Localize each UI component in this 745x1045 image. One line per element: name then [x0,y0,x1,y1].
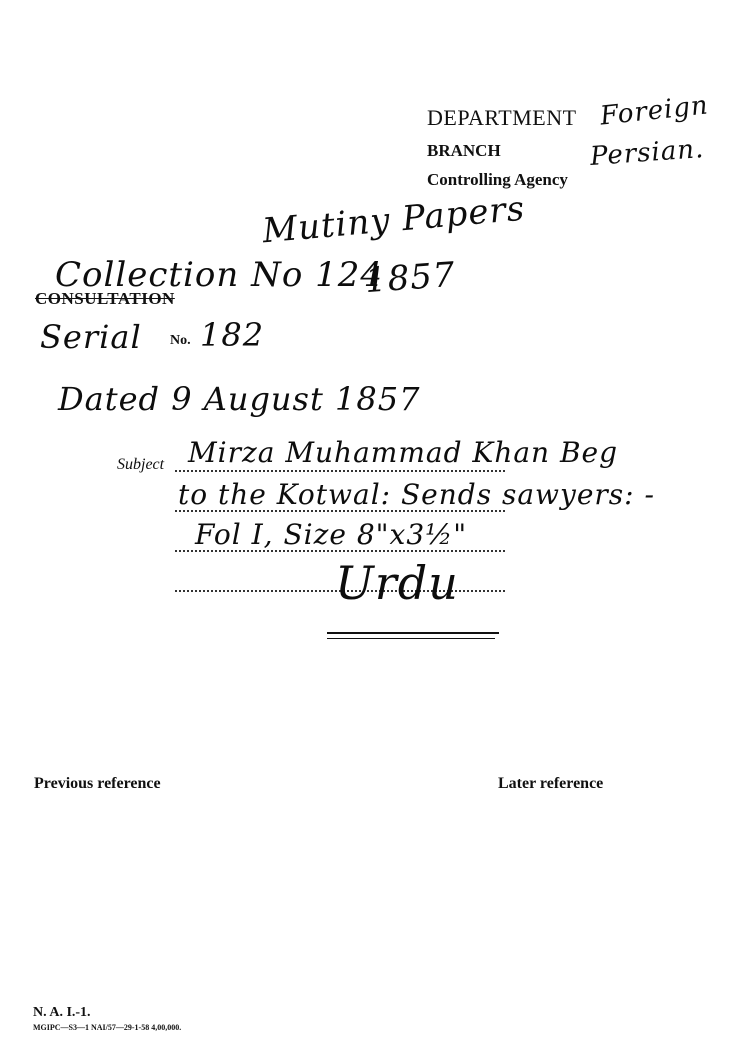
branch-value: Persian. [589,134,705,172]
subject-label: Subject [117,456,164,474]
date-entry: Dated 9 August 1857 [58,380,420,418]
heading-note: Mutiny Papers [261,189,527,252]
subject-line: Fol I, Size 8"x3½" [195,518,467,551]
subject-language: Urdu [335,556,459,610]
printer-line: MGIPC—S3—1 NAI/57—29-1-58 4,00,000. [33,1023,181,1032]
subject-line: to the Kotwal: Sends sawyers: - [178,478,655,511]
serial-label: Serial [40,318,142,356]
controlling-agency-label: Controlling Agency [427,170,568,190]
serial-number: 182 [200,316,264,354]
department-label: DEPARTMENT [427,105,577,131]
serial-no-label: No. [170,333,191,349]
later-reference-label: Later reference [498,775,603,793]
branch-label: BRANCH [427,141,501,161]
subject-dotted-line [175,470,505,472]
language-underline [327,632,499,634]
form-id: N. A. I.-1. [33,1005,91,1021]
language-underline [327,638,495,639]
department-value: Foreign [599,90,710,131]
collection-year: 1857 [364,255,457,301]
consultation-label-struck: CONSULTATION [35,289,175,309]
subject-line: Mirza Muhammad Khan Beg [188,436,618,469]
previous-reference-label: Previous reference [34,775,161,793]
